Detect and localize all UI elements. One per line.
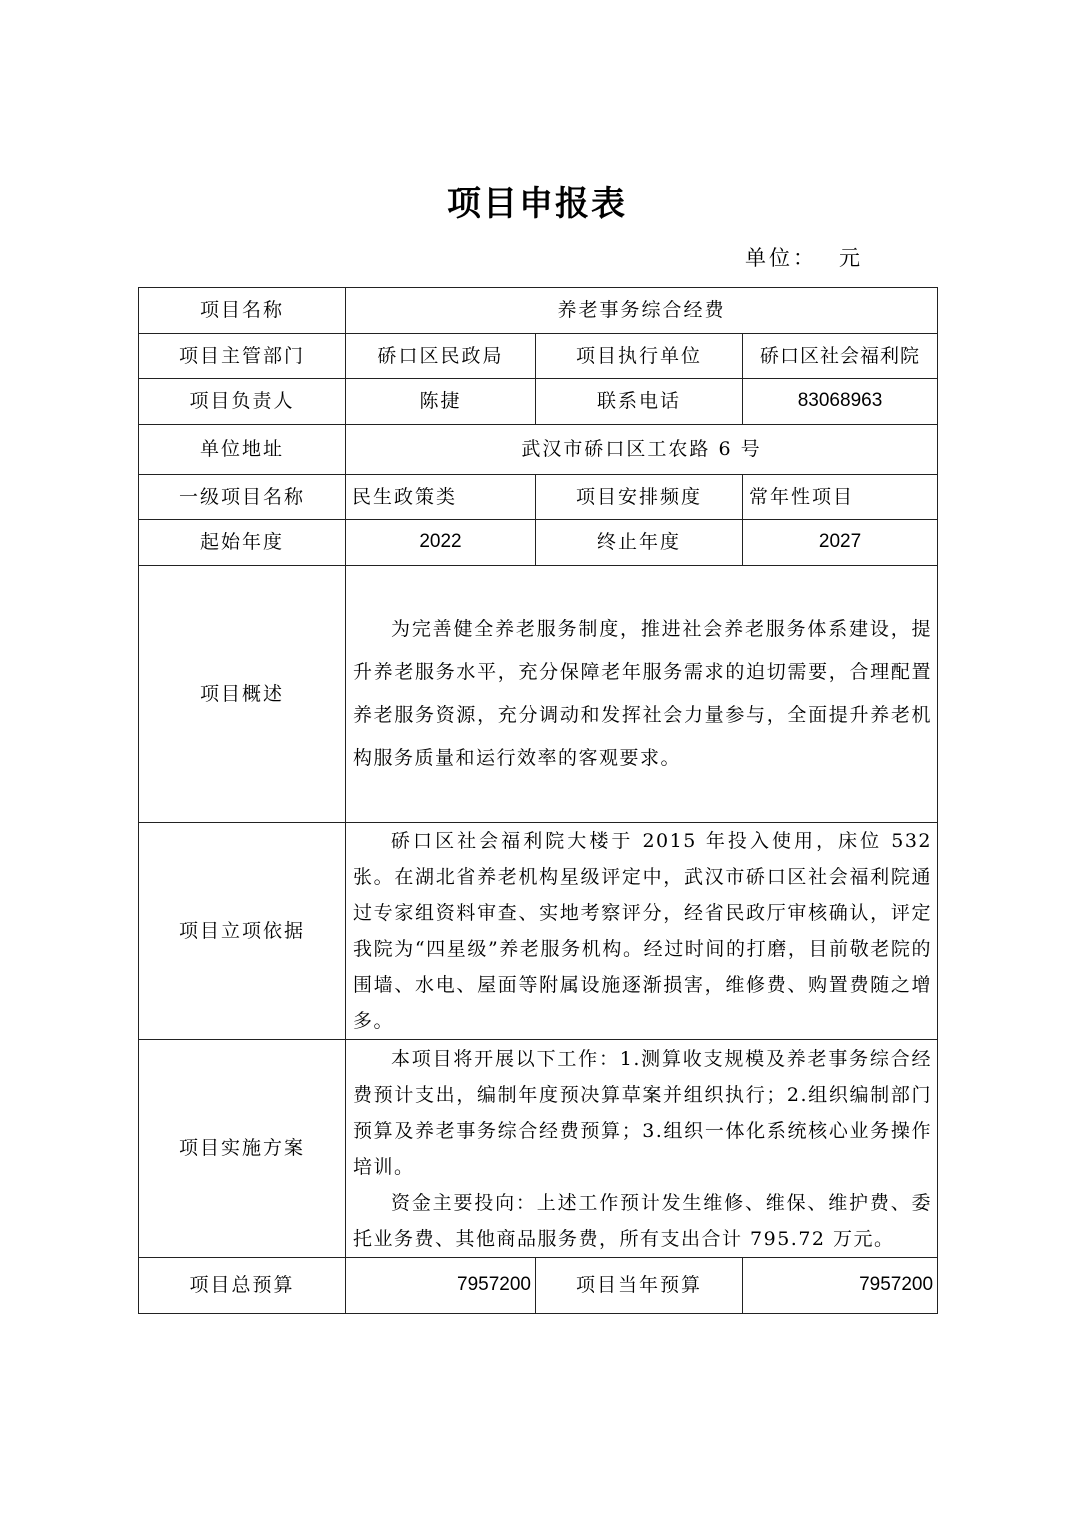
- category-value: 民生政策类: [346, 475, 536, 520]
- year-budget-label: 项目当年预算: [536, 1258, 743, 1314]
- row-overview: 项目概述 为完善健全养老服务制度，推进社会养老服务体系建设，提升养老服务水平，充…: [139, 566, 938, 823]
- row-budget: 项目总预算 7957200 项目当年预算 7957200: [139, 1258, 938, 1314]
- row-project-name: 项目名称 养老事务综合经费: [139, 288, 938, 334]
- unit-label: 单位：: [745, 246, 817, 270]
- phone-label: 联系电话: [536, 379, 743, 425]
- owner-value: 陈捷: [346, 379, 536, 425]
- row-category: 一级项目名称 民生政策类 项目安排频度 常年性项目: [139, 475, 938, 520]
- plan-text-2: 资金主要投向：上述工作预计发生维修、维保、维护费、委托业务费、其他商品服务费，所…: [353, 1185, 932, 1257]
- plan-cell: 本项目将开展以下工作：1.测算收支规模及养老事务综合经费预计支出，编制年度预决算…: [346, 1040, 938, 1258]
- project-application-table: 项目名称 养老事务综合经费 项目主管部门 硚口区民政局 项目执行单位 硚口区社会…: [138, 287, 938, 1314]
- basis-text: 硚口区社会福利院大楼于 2015 年投入使用，床位 532 张。在湖北省养老机构…: [353, 823, 932, 1039]
- overview-cell: 为完善健全养老服务制度，推进社会养老服务体系建设，提升养老服务水平，充分保障老年…: [346, 566, 938, 823]
- plan-label: 项目实施方案: [139, 1040, 346, 1258]
- phone-value: 83068963: [743, 379, 938, 425]
- row-department: 项目主管部门 硚口区民政局 项目执行单位 硚口区社会福利院: [139, 334, 938, 379]
- project-name-value: 养老事务综合经费: [346, 288, 938, 334]
- end-year-label: 终止年度: [536, 520, 743, 566]
- plan-text-1: 本项目将开展以下工作：1.测算收支规模及养老事务综合经费预计支出，编制年度预决算…: [353, 1041, 932, 1185]
- row-owner: 项目负责人 陈捷 联系电话 83068963: [139, 379, 938, 425]
- exec-unit-value: 硚口区社会福利院: [743, 334, 938, 379]
- start-year-value: 2022: [346, 520, 536, 566]
- total-budget-label: 项目总预算: [139, 1258, 346, 1314]
- overview-label: 项目概述: [139, 566, 346, 823]
- start-year-label: 起始年度: [139, 520, 346, 566]
- unit-note: 单位：元: [745, 242, 863, 272]
- unit-value: 元: [839, 246, 863, 270]
- basis-cell: 硚口区社会福利院大楼于 2015 年投入使用，床位 532 张。在湖北省养老机构…: [346, 823, 938, 1040]
- basis-label: 项目立项依据: [139, 823, 346, 1040]
- exec-unit-label: 项目执行单位: [536, 334, 743, 379]
- page-title: 项目申报表: [0, 176, 1074, 225]
- frequency-label: 项目安排频度: [536, 475, 743, 520]
- frequency-value: 常年性项目: [743, 475, 938, 520]
- end-year-value: 2027: [743, 520, 938, 566]
- overview-text: 为完善健全养老服务制度，推进社会养老服务体系建设，提升养老服务水平，充分保障老年…: [353, 608, 932, 780]
- department-label: 项目主管部门: [139, 334, 346, 379]
- total-budget-value: 7957200: [346, 1258, 536, 1314]
- year-budget-value: 7957200: [743, 1258, 938, 1314]
- project-name-label: 项目名称: [139, 288, 346, 334]
- owner-label: 项目负责人: [139, 379, 346, 425]
- row-address: 单位地址 武汉市硚口区工农路 6 号: [139, 425, 938, 475]
- address-label: 单位地址: [139, 425, 346, 475]
- row-years: 起始年度 2022 终止年度 2027: [139, 520, 938, 566]
- row-plan: 项目实施方案 本项目将开展以下工作：1.测算收支规模及养老事务综合经费预计支出，…: [139, 1040, 938, 1258]
- address-value: 武汉市硚口区工农路 6 号: [346, 425, 938, 475]
- department-value: 硚口区民政局: [346, 334, 536, 379]
- row-basis: 项目立项依据 硚口区社会福利院大楼于 2015 年投入使用，床位 532 张。在…: [139, 823, 938, 1040]
- category-label: 一级项目名称: [139, 475, 346, 520]
